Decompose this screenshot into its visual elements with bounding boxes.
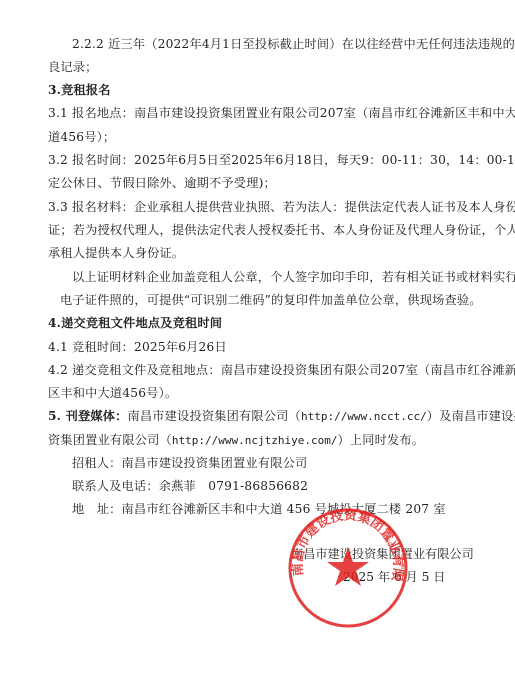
media-text: 资集团置业有限公司（ — [48, 433, 172, 447]
section-5-label: 5. 刊登媒体： — [48, 409, 128, 423]
clause-3-2-cont: 定公休日、节假日除外、逾期不予受理)； — [48, 175, 276, 191]
clause-2-2-2: 2.2.2 近三年（2022年4月1日至投标截止时间）在以往经营中无任何违法违规… — [72, 36, 515, 52]
clause-4-2: 4.2 递交竞租文件及竞租地点：南昌市建设投资集团有限公司207室（南昌市红谷滩… — [48, 362, 515, 378]
star-icon — [327, 547, 369, 586]
clause-3-3-cont1: 证；若为授权代理人，提供法定代表人授权委托书、本人身份证及代理人身份证，个人 — [48, 222, 515, 238]
section-4-heading: 4.递交竞租文件地点及竞租时间 — [48, 315, 222, 331]
section-5-media-cont: 资集团置业有限公司（http://www.ncjtzhiye.com/）上同时发… — [48, 432, 424, 449]
section-3-heading: 3.竞租报名 — [48, 82, 111, 98]
clause-3-2: 3.2 报名时间：2025年6月5日至2025年6月18日，每天9：00-11：… — [48, 152, 515, 168]
materials-note-cont: 电子证件照的，可提供“可识别二维码”的复印件加盖单位公章，供现场查验。 — [60, 292, 482, 308]
contact-phone: 联系人及电话：余燕菲 0791-86856682 — [72, 478, 308, 494]
section-5-media: 5. 刊登媒体：南昌市建设投资集团有限公司（http://www.ncct.cc… — [48, 408, 515, 425]
media-link-ncjtzhiye[interactable]: http://www.ncjtzhiye.com/ — [172, 434, 338, 447]
clause-4-1: 4.1 竞租时间：2025年6月26日 — [48, 339, 227, 355]
document-page: 2.2.2 近三年（2022年4月1日至投标截止时间）在以往经营中无任何违法违规… — [0, 0, 515, 676]
clause-3-1: 3.1 报名地点：南昌市建设投资集团置业有限公司207室（南昌市红谷滩新区丰和中… — [48, 105, 515, 121]
company-seal-stamp: 南昌市建设投资集团置业有限公司 3601080106 — [287, 507, 409, 629]
clause-3-3-cont2: 承租人提供本人身份证。 — [48, 245, 184, 261]
media-link-ncct[interactable]: http://www.ncct.cc/ — [301, 410, 427, 423]
media-text: ）上同时发布。 — [337, 433, 424, 447]
media-text: 南昌市建设投资集团有限公司（ — [128, 409, 301, 423]
lessor: 招租人：南昌市建设投资集团置业有限公司 — [72, 455, 307, 471]
clause-3-1-cont: 道456号）； — [48, 129, 115, 145]
clause-4-2-cont: 区丰和中大道456号）。 — [48, 385, 177, 401]
clause-3-3: 3.3 报名材料：企业承租人提供营业执照、若为法人：提供法定代表人证书及本人身份 — [48, 199, 515, 215]
media-text: ）及南昌市建设投 — [427, 409, 515, 423]
materials-note: 以上证明材料企业加盖竞租人公章，个人签字加印手印，若有相关证书或材料实行 — [72, 269, 515, 285]
clause-2-2-2-cont: 良记录； — [48, 59, 98, 75]
